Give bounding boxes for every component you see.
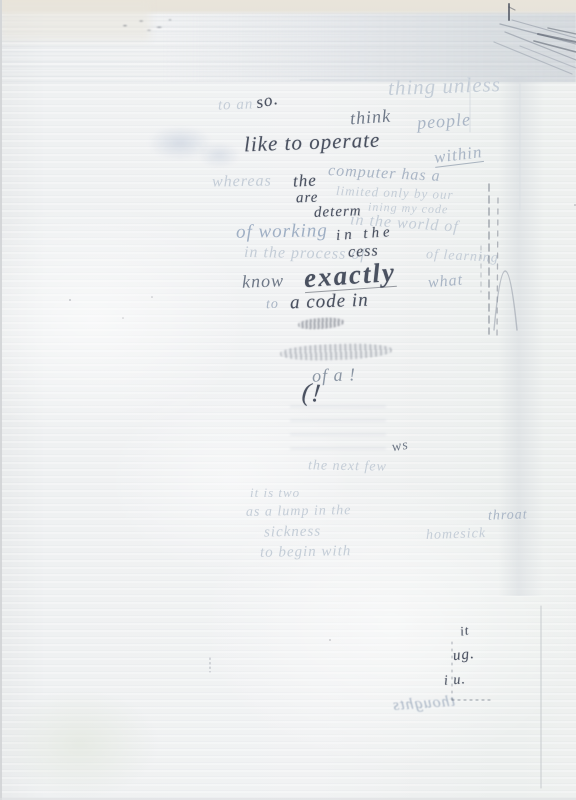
handwriting-fragment: the next few (308, 459, 387, 474)
top-left-smudge (116, 13, 176, 36)
handwriting-fragment: (! (301, 379, 323, 407)
pencil-marks-overlay (0, 0, 576, 800)
handwriting-fragment: thing unless (388, 74, 502, 99)
handwriting-fragment: i u. (444, 673, 467, 688)
handwriting-fragment: computer has a (328, 163, 441, 185)
handwriting-fragment: as a lump in the (246, 504, 352, 520)
handwriting-fragment: to an (218, 97, 254, 113)
faint-ink-blot (198, 142, 240, 168)
handwriting-fragment: know (242, 271, 285, 290)
handwriting-fragment: ws (391, 439, 410, 456)
handwriting-fragment: in the (336, 225, 395, 244)
handwriting-fragment: to begin with (260, 544, 352, 561)
handwriting-fragment: like to operate (244, 130, 381, 156)
handwriting-fragment: a code in (290, 291, 369, 313)
handwriting-fragment: throat (488, 508, 528, 523)
handwriting-fragment: whereas (212, 173, 272, 190)
handwriting-fragment: homesick (426, 527, 487, 543)
scribble-mark-large (280, 342, 392, 362)
handwriting-fragment: within (433, 143, 483, 168)
handwriting-fragment: limited only by our (336, 184, 454, 201)
handwriting-fragment: ug. (452, 647, 475, 664)
handwriting-fragment: of learning (426, 248, 499, 266)
handwriting-fragment: so. (254, 90, 279, 111)
handwriting-fragment: what (427, 272, 463, 291)
mirrored-text-ghost (290, 402, 386, 450)
bottom-left-tint (0, 688, 160, 800)
handwriting-fragment: it (459, 623, 470, 637)
handwriting-fragment: it is two (250, 486, 300, 499)
painting-canvas: thing unless to an so. think people like… (0, 0, 576, 800)
handwriting-fragment: the (293, 171, 318, 189)
handwriting-fragment: exactly (303, 259, 397, 293)
handwriting-fragment-mirrored: thoughts (392, 694, 456, 714)
handwriting-fragment: of working (236, 221, 328, 242)
handwriting-fragment: to (266, 298, 279, 312)
scribble-mark-small (298, 316, 345, 330)
handwriting-fragment: sickness (264, 525, 321, 541)
handwriting-fragment: people (416, 110, 471, 132)
handwriting-fragment: think (349, 107, 391, 128)
